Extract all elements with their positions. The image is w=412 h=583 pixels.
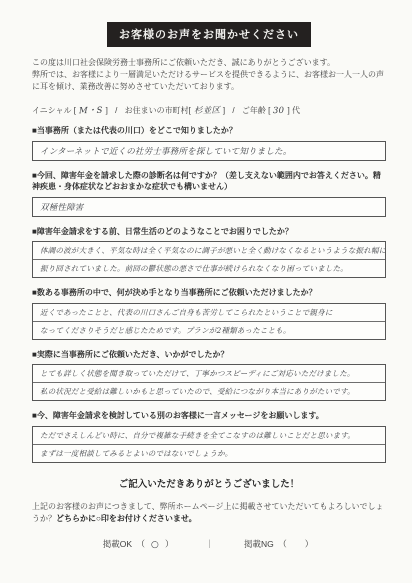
paren: （ [134, 539, 147, 549]
city-label: お住まいの市町村 [125, 106, 189, 115]
publish-ng-label: 掲載NG [244, 539, 274, 549]
answer-box: 近くであったことと、代表の川口さんご自身も苦労してこられたということで親身に な… [32, 303, 386, 340]
city-value: 杉並区 [191, 104, 223, 117]
intro-paragraph: この度は川口社会保険労務士事務所にご依頼いただき、誠にありがとうございます。 弊… [32, 57, 386, 93]
question-section-diagnosis: ■今回、障害年金を請求した際の診断名は何ですか？（差し支えない範囲内でお答えくだ… [32, 170, 386, 217]
question-section-troubles: ■障害年金請求をする前、日常生活のどのようなことでお困りでしたか？ 体調の波が大… [32, 226, 386, 279]
answer-line: 双極性障害 [33, 198, 385, 216]
answer-line: とても詳しく状態を聞き取っていただけて、丁寧かつスピーディにご対応いただけました… [33, 365, 385, 383]
question-label: ■今回、障害年金を請求した際の診断名は何ですか？（差し支えない範囲内でお答えくだ… [32, 170, 386, 193]
answer-box: 双極性障害 [32, 197, 386, 217]
answer-box: ただでさえしんどい時に、自分で複雑な手続きを全てこなすのは難しいことだと思います… [32, 426, 386, 463]
choice-divider: ｜ [206, 538, 215, 550]
age-label: ご年齢 [242, 106, 266, 115]
answer-box: とても詳しく状態を聞き取っていただけて、丁寧かつスピーディにご対応いただけました… [32, 364, 386, 401]
publish-consent-note: 上記のお客様のお声につきまして、弊所ホームページ上に掲載させていただいてもよろし… [32, 501, 386, 525]
intro-line-2: 弊所では、お客様により一層満足いただけるサービスを提供できるように、お客様お一人… [32, 70, 384, 91]
respondent-meta: イニシャル [M・S] / お住まいの市町村[杉並区] / ご年齢 [30] 代 [32, 104, 386, 116]
bracket: ] [106, 106, 108, 115]
answer-line: まずは一度相談してみるとよいのではないでしょうか。 [33, 445, 385, 462]
publish-note-bold: どちらかに○印をお付けくださいませ。 [56, 514, 197, 523]
question-label: ■数ある事務所の中で、何が決め手となり当事務所にご依頼いただけましたか？ [32, 287, 386, 299]
paren: ） [163, 539, 176, 549]
answer-line: 近くであったことと、代表の川口さんご自身も苦労してこられたということで親身に [33, 304, 385, 322]
answer-line: 私の状況だと受給は難しいかもと思っていたので、受給につながり本当にありがたいです… [33, 383, 385, 400]
answer-line: ただでさえしんどい時に、自分で複雑な手続きを全てこなすのは難しいことだと思います… [33, 427, 385, 445]
question-label: ■今、障害年金請求を検討している別のお客様に一言メッセージをお願いします。 [32, 410, 386, 422]
initial-value: M・S [76, 104, 106, 117]
question-section-message: ■今、障害年金請求を検討している別のお客様に一言メッセージをお願いします。 ただ… [32, 410, 386, 463]
question-section-deciding-factor: ■数ある事務所の中で、何が決め手となり当事務所にご依頼いただけましたか？ 近くで… [32, 287, 386, 340]
question-section-experience: ■実際に当事務所にご依頼いただき、いかがでしたか？ とても詳しく状態を聞き取って… [32, 349, 386, 402]
bracket: ] [288, 106, 290, 115]
page-title: お客様のお声をお聞かせください [107, 22, 311, 47]
age-value: 30 [270, 106, 287, 116]
paren: （ [276, 539, 289, 549]
paren: ） [303, 539, 316, 549]
thanks-message: ご記入いただきありがとうございました！ [32, 476, 386, 490]
answer-box: 体調の波が大きく、平気な時は全く平気なのに調子が悪いと全く動けなくなるというよう… [32, 241, 386, 278]
publish-choice-row: 掲載OK （○） ｜ 掲載NG （） [32, 538, 386, 550]
answer-line: インターネットで近くの社労士事務所を探していて知りました。 [33, 142, 385, 160]
meta-separator: / [115, 106, 117, 115]
answer-line: 振り回されていました。前回の鬱状態の悪さで仕事が続けられなくなり困っていました。 [33, 260, 385, 277]
question-label: ■障害年金請求をする前、日常生活のどのようなことでお困りでしたか？ [32, 226, 386, 238]
meta-separator: / [232, 106, 234, 115]
publish-ok-circle-mark: ○ [147, 539, 164, 550]
age-suffix: 代 [292, 106, 300, 115]
answer-box: インターネットで近くの社労士事務所を探していて知りました。 [32, 141, 386, 161]
question-label: ■実際に当事務所にご依頼いただき、いかがでしたか？ [32, 349, 386, 361]
title-wrap: お客様のお声をお聞かせください [32, 22, 386, 47]
intro-line-1: この度は川口社会保険労務士事務所にご依頼いただき、誠にありがとうございます。 [32, 58, 335, 67]
question-label: ■当事務所（または代表の川口）をどこで知りましたか？ [32, 125, 386, 137]
bracket: ] [223, 106, 225, 115]
publish-ng-option: 掲載NG （） [244, 538, 315, 550]
answer-line: 体調の波が大きく、平気な時は全く平気なのに調子が悪いと全く動けなくなるというよう… [33, 242, 385, 260]
survey-sheet: お客様のお声をお聞かせください この度は川口社会保険労務士事務所にご依頼いただき… [0, 0, 412, 550]
initial-label: イニシャル [32, 106, 72, 115]
question-section-source: ■当事務所（または代表の川口）をどこで知りましたか？ インターネットで近くの社労… [32, 125, 386, 161]
answer-line: なってくださりそうだと感じたためです。プランが2種類あったことも。 [33, 322, 385, 339]
publish-ok-option: 掲載OK （○） [103, 538, 176, 550]
publish-ok-label: 掲載OK [103, 539, 132, 549]
